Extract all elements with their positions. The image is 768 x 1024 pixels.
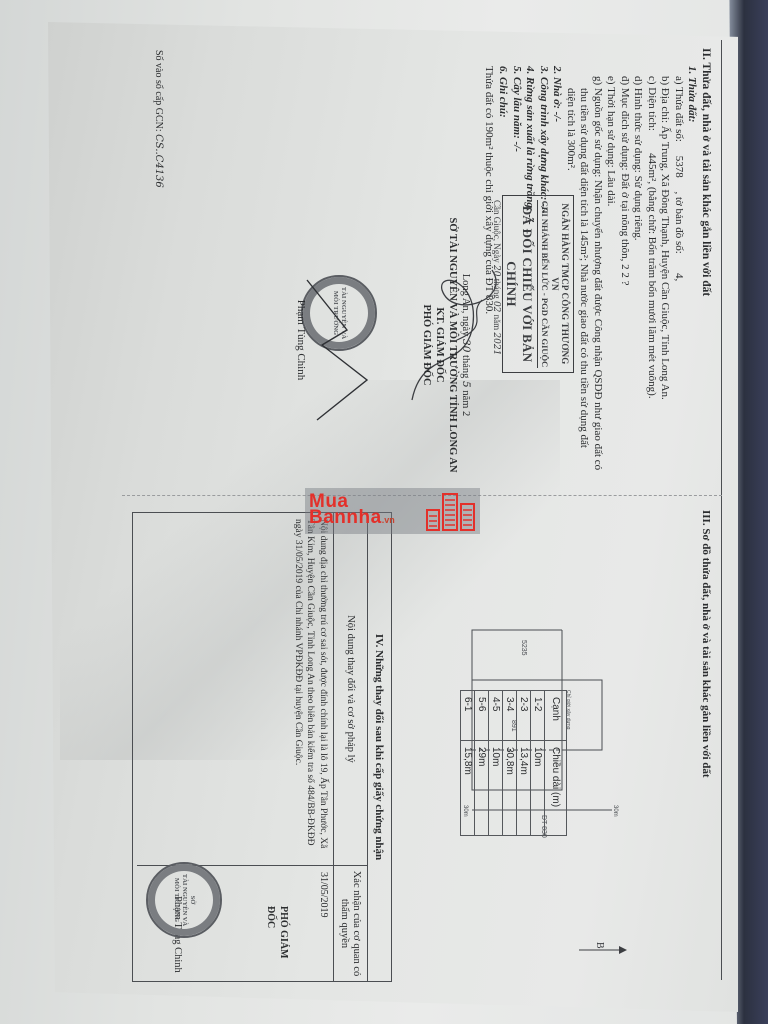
changes-header: Nội dung thay đổi và cơ sở pháp lý Xác n…: [333, 513, 367, 981]
watermark-text: Mua Bannha.vn: [305, 494, 395, 528]
map-sheet-label: , tờ bản đồ số:: [673, 191, 685, 253]
section-3-title: III. Sơ đồ thửa đất, nhà ở và tài sản kh…: [700, 510, 712, 778]
verified-date: Cần Giuộc, Ngày 20 tháng 02 năm 2021: [491, 200, 502, 368]
verified-month: 02: [491, 301, 501, 312]
seal-text-2: MÔI TRƯỜNG: [331, 291, 339, 335]
buildings-icon: [425, 490, 477, 532]
table-row: 2-313,4m: [517, 691, 531, 836]
usage-term-row: e) Thời hạn sử dụng: Lâu dài.: [604, 48, 618, 488]
length-cell: 10m: [531, 741, 545, 836]
length-cell: 29m: [475, 741, 489, 836]
col-length: Chiều dài (m): [545, 741, 567, 836]
bank-name: NGÂN HÀNG TMCP CÔNG THƯƠNG VN: [550, 200, 570, 368]
watermark-suffix: .vn: [382, 515, 395, 525]
table-row: 3-430,8m: [503, 691, 517, 836]
signature-block: Long An, ngày 30 tháng 5 năm 2 SỞ TÀI NG…: [420, 215, 472, 475]
verified-date-prefix: Cần Giuộc, Ngày: [492, 200, 502, 263]
edge-cell: 3-4: [503, 691, 517, 741]
parcel-number-label: a) Thửa đất số:: [673, 76, 685, 142]
page-border: [721, 40, 722, 980]
north-arrow-icon: B: [577, 940, 627, 960]
change-content: Nội dung địa chỉ thường trú cơ sai sót, …: [137, 513, 333, 866]
sign-month: 5: [460, 381, 472, 388]
area-value: 445m², (bằng chữ: Bốn trăm bốn mươi lăm …: [646, 153, 658, 399]
subsection-parcel-title: 1. Thửa đất:: [685, 48, 699, 488]
sign-day: 30: [460, 339, 472, 352]
seal-text-1: TÀI NGUYÊN VÀ: [339, 287, 347, 339]
sign-date-prefix: Long An, ngày: [460, 274, 471, 337]
origin-row-1: g) Nguồn gốc sử dụng: Nhận chuyển nhượng…: [591, 48, 605, 488]
length-cell: 13,4m: [517, 741, 531, 836]
edge-cell: 6-1: [461, 691, 475, 741]
edge-cell: 4-5: [489, 691, 503, 741]
edge-cell: 5-6: [475, 691, 489, 741]
neighbor-label: 5235: [520, 640, 527, 656]
sign-date: Long An, ngày 30 tháng 5 năm 2: [459, 215, 472, 475]
registry-label: Số vào sổ cấp GCN:: [153, 50, 164, 132]
watermark-logo: Mua Bannha.vn: [305, 488, 480, 534]
signer-kt: KT. GIÁM ĐỐC: [433, 215, 446, 475]
length-cell: 15,8m: [461, 741, 475, 836]
verified-year: 2021: [491, 332, 501, 355]
usage-form-row: d) Hình thức sử dụng: Sử dụng riêng.: [631, 48, 645, 488]
table-header-row: Cạnh Chiều dài (m): [545, 691, 567, 836]
changes-col-approval: Xác nhận của cơ quan có thẩm quyền: [334, 866, 367, 981]
parcel-number-row: a) Thửa đất số: 5378 , tờ bản đồ số: 4,: [672, 48, 686, 488]
official-seal: TÀI NGUYÊN VÀ MÔI TRƯỜNG: [301, 275, 377, 351]
address-row: b) Địa chỉ: Ấp Trung, Xã Đông Thạnh, Huy…: [658, 48, 672, 488]
col-edge: Cạnh: [545, 691, 567, 741]
bank-verification-stamp: NGÂN HÀNG TMCP CÔNG THƯƠNG VN CHI NHÁNH …: [502, 195, 574, 373]
watermark-line2: Bannha: [309, 507, 382, 528]
edge-cell: 2-3: [517, 691, 531, 741]
official-seal-2: SỞ TÀI NGUYÊN VÀ MÔI TRƯỜNG: [146, 862, 222, 938]
seal2-text-2: MÔI TRƯỜNG: [172, 878, 180, 922]
verified-month-label: tháng: [492, 279, 502, 299]
table-row: 1-210m: [531, 691, 545, 836]
changes-col-content: Nội dung thay đổi và cơ sở pháp lý: [334, 513, 367, 866]
change-signer-title: PHÓ GIÁM ĐỐC: [264, 906, 289, 981]
usage-purpose-row: đ) Mục đích sử dụng: Đất ở tại nông thôn…: [618, 48, 632, 488]
seal2-text-1: TÀI NGUYÊN VÀ: [180, 874, 188, 926]
signer-name: Phạm Tùng Chinh: [295, 245, 307, 435]
seal2-text-top: SỞ: [188, 896, 196, 905]
table-row: 4-510m: [489, 691, 503, 836]
sign-year-label: năm 2: [460, 390, 471, 416]
north-label: B: [594, 942, 605, 949]
length-cell: 10m: [489, 741, 503, 836]
length-cell: 30,8m: [503, 741, 517, 836]
registry-number: Số vào sổ cấp GCN: CS..C4136: [153, 50, 164, 188]
issuing-authority: SỞ TÀI NGUYÊN VÀ MÔI TRƯỜNG TỈNH LONG AN: [446, 215, 459, 475]
left-dim-label: 30m: [612, 805, 618, 817]
registry-value: CS..C4136: [153, 134, 164, 188]
area-label: c) Diện tích:: [646, 76, 658, 131]
map-sheet-value: 4,: [673, 273, 685, 281]
change-date: 31/05/2019: [317, 872, 330, 975]
edge-cell: 1-2: [531, 691, 545, 741]
section-2-title: II. Thửa đất, nhà ở và tài sản khác gắn …: [699, 48, 713, 488]
verified-year-label: năm: [492, 315, 502, 331]
table-row: 5-629m: [475, 691, 489, 836]
section-4-title: IV. Những thay đổi sau khi cấp giấy chứn…: [367, 513, 391, 981]
origin-row-2: thu tiền sử dụng đất diện tích là 145m²;…: [577, 48, 591, 488]
signer-title: PHÓ GIÁM ĐỐC: [420, 215, 433, 475]
verified-label: ĐÃ ĐỐI CHIẾU VỚI BẢN CHÍNH: [503, 200, 535, 368]
area-row: c) Diện tích: 445m², (bằng chữ: Bốn trăm…: [645, 48, 659, 488]
verified-day: 20: [491, 265, 501, 276]
parcel-number-value: 5378: [673, 156, 685, 178]
sign-month-label: tháng: [460, 355, 471, 378]
edge-length-table: Cạnh Chiều dài (m) 1-210m2-313,4m3-430,8…: [460, 690, 567, 836]
bank-branch: CHI NHÁNH BẾN LỨC - PGD CẦN GIUỘC: [537, 200, 550, 368]
table-row: 6-115,8m: [461, 691, 475, 836]
